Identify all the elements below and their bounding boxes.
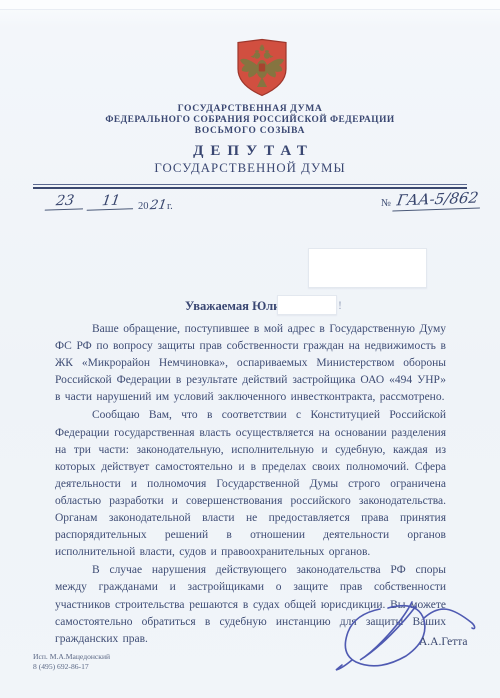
scan-edge-artifact <box>0 0 500 10</box>
number-sign-label: № <box>381 198 391 209</box>
paragraph-2: Сообщаю Вам, что в соответствии с Консти… <box>55 407 446 561</box>
letterhead-title-duma: ГОСУДАРСТВЕННОЙ ДУМЫ <box>0 161 500 176</box>
redaction-box-address <box>308 248 427 288</box>
executor-phone: 8 (495) 692-86-17 <box>33 662 110 672</box>
salutation-text: Уважаемая Юлия <box>185 299 287 314</box>
salutation-punctuation: ! <box>338 298 342 313</box>
handwritten-day: 23 <box>45 192 86 210</box>
signatory-name: А.А.Гетта <box>419 636 468 648</box>
org-name-line3: ВОСЬМОГО СОЗЫВА <box>0 126 500 136</box>
scanned-letter-page: ГОСУДАРСТВЕННАЯ ДУМА ФЕДЕРАЛЬНОГО СОБРАН… <box>0 0 500 698</box>
executor-name: Исп. М.А.Мацедонский <box>33 652 110 662</box>
paragraph-1: Ваше обращение, поступившее в мой адрес … <box>55 321 446 406</box>
org-name-line2: ФЕДЕРАЛЬНОГО СОБРАНИЯ РОССИЙСКОЙ ФЕДЕРАЦ… <box>0 115 500 125</box>
year-suffix: г. <box>167 201 173 212</box>
handwritten-month: 11 <box>87 192 136 211</box>
letterhead-title-deputy: ДЕПУТАТ <box>0 143 500 160</box>
handwritten-outgoing-number: ГАА-5/862 <box>392 188 482 211</box>
org-name-line1: ГОСУДАРСТВЕННАЯ ДУМА <box>0 103 500 114</box>
year-group: 2021г. <box>138 198 173 213</box>
letterhead: ГОСУДАРСТВЕННАЯ ДУМА ФЕДЕРАЛЬНОГО СОБРАН… <box>0 103 500 176</box>
footer-executor-block: Исп. М.А.Мацедонский 8 (495) 692-86-17 <box>33 652 110 671</box>
handwritten-year: 21 <box>148 198 167 214</box>
coat-of-arms-svg <box>232 38 292 98</box>
redaction-box-surname <box>277 295 337 315</box>
date-number-line: 23 11 2021г. № ГАА-5/862 <box>0 192 500 218</box>
letterhead-divider-rule <box>33 184 467 189</box>
year-printed-prefix: 20 <box>138 201 149 212</box>
signature-svg <box>328 578 480 678</box>
handwritten-signature-icon <box>328 578 480 678</box>
russia-coat-of-arms-icon <box>232 38 292 98</box>
